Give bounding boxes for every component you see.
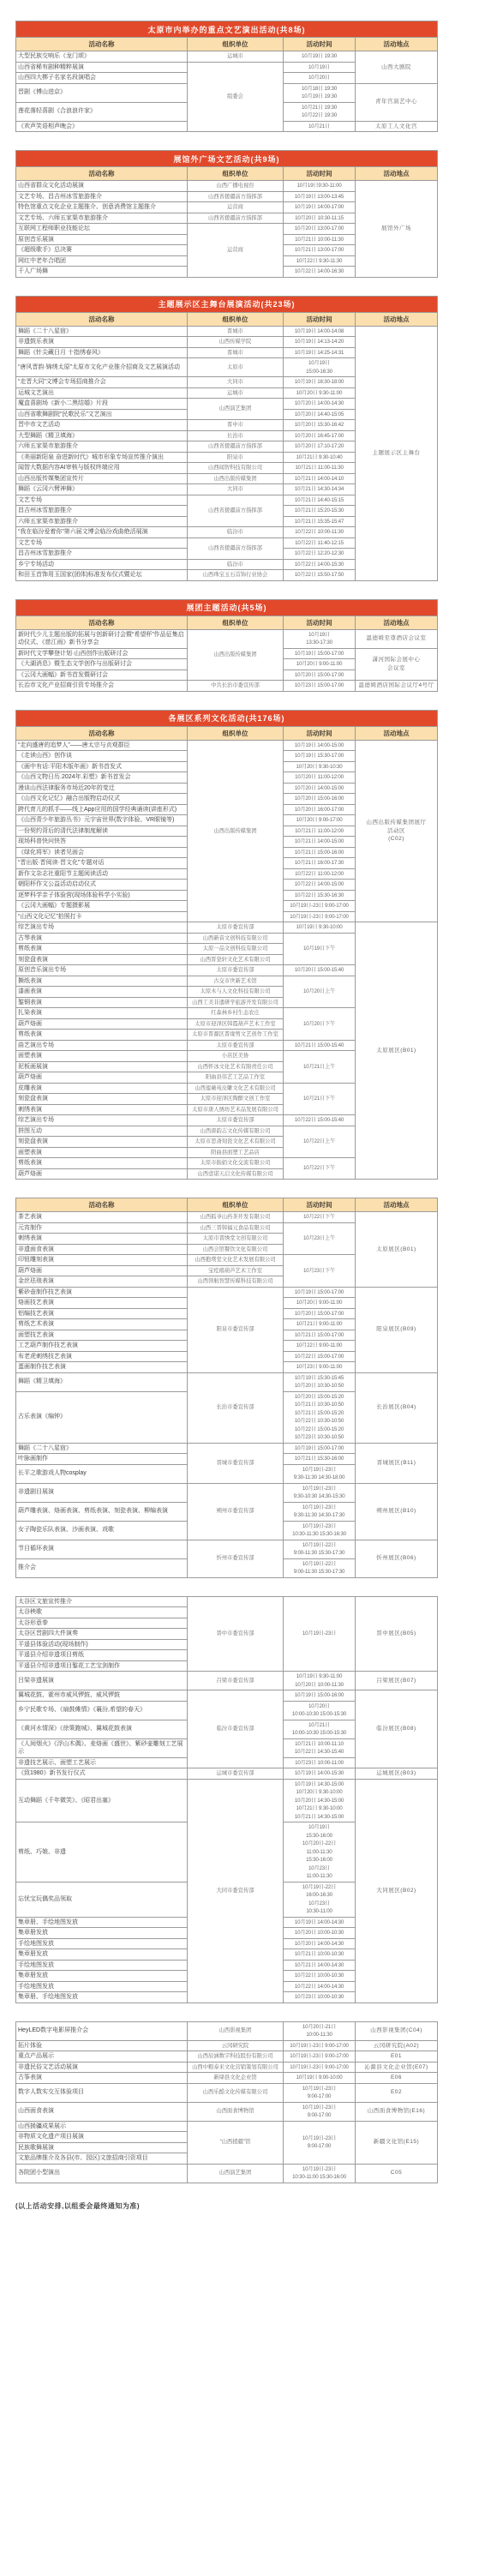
activity-time-cell: 10月22日下午	[284, 1212, 356, 1223]
activity-location-cell: 太原工人文化宫	[356, 121, 438, 132]
activity-time-cell: 10月19日-22日9:00-11:30 15:30-17:30	[284, 1540, 356, 1558]
org-unit-cell: 云冈研究院	[188, 2040, 284, 2051]
activity-name-cell: 一份契约背后的清代法律制度解读	[16, 826, 188, 837]
activity-name-cell: 《绿化将军》读者见面会	[16, 847, 188, 858]
activity-location-cell: 山西出版传媒集团展厅活动区(C02)	[356, 740, 438, 922]
org-unit-cell: 宝疙瘩葫芦艺术工作室	[188, 1265, 284, 1276]
activity-name-cell: 互联网工程师职业技能论坛	[16, 224, 188, 235]
activity-time-cell: 10月22日 14:00-14:30	[284, 1981, 356, 1992]
org-unit-cell: 山西中粮泰来文化营销策划有限公司	[188, 2062, 284, 2073]
org-unit-cell: 山西工美非遗研学旅游开发有限公司	[188, 997, 284, 1008]
org-unit-cell: 运城市	[188, 387, 284, 399]
activity-name-cell: 刺绣表演	[16, 1234, 188, 1245]
org-unit-cell: 山西唐韵志文化传媒有限公司	[188, 1126, 284, 1137]
activity-name-cell: 舞蹈《针尖藏日月 十指绣春风》	[16, 347, 188, 358]
column-header-row: 活动名称组织单位活动时间活动地点	[16, 312, 438, 326]
org-unit-cell: 吕梁市委宣传部	[188, 1672, 284, 1690]
activity-time-cell: 10月19日-23日9:30-11:30 14:30-18:00	[284, 1464, 356, 1483]
activity-name-cell: 大型舞蹈《精卫填海》	[16, 430, 188, 441]
org-unit-cell: 运城市委宣传部	[188, 1768, 284, 1780]
activity-time-cell: 10月21日 14:00-15:00	[284, 837, 356, 848]
org-unit-cell: 山西莲薇苑皮雕文化艺术有限公司	[188, 1083, 284, 1094]
activity-time-cell: 10月20日-21日10:00-11:30	[284, 2021, 356, 2040]
activity-time-cell: 10月20日 16:45-17:00	[284, 430, 356, 441]
activity-location-cell: 太原展区(B01)	[356, 1212, 438, 1288]
activity-location-cell: 温德姆至尊酒店会议室	[356, 629, 438, 648]
activity-name-cell: 互动舞蹈《千年微笑》、《昭君出塞》	[16, 1779, 188, 1822]
activity-time-cell: 10月19日-23日 9:00-17:00	[284, 2051, 356, 2063]
activity-time-cell: 10月19日-23日9:00-17:00	[284, 2102, 356, 2121]
activity-time-cell: 10月19日下午	[284, 933, 356, 965]
org-unit-cell: 小店区美协	[188, 1051, 284, 1062]
org-unit-cell: 山西壹诺天启文化传媒有限公司	[188, 1168, 284, 1180]
activity-time-cell: 10月19日9:30-11:00	[284, 181, 356, 192]
activity-name-cell: 铝编技艺表演	[16, 1308, 188, 1319]
column-header: 活动时间	[284, 1198, 356, 1212]
activity-name-cell: 非遗面食表演	[16, 1244, 188, 1255]
activity-time-cell: 10月22日 14:00-16:30	[284, 267, 356, 278]
activity-time-cell: 10月20日 9:00-11:00	[284, 1298, 356, 1309]
activity-name-cell: 工艺葫芦制作技艺表演	[16, 1341, 188, 1352]
org-unit-cell: 朔州市委宣传部	[188, 1483, 284, 1540]
org-unit-cell: 组委会	[188, 62, 284, 132]
activity-time-cell: 10月19日15:00-16:30	[284, 358, 356, 377]
activity-name-cell: 太谷区晋剧四大件演奏	[16, 1629, 188, 1640]
table-row: 非遗民俗文艺活动展演山西中粮泰来文化营销策划有限公司10月19日-23日 9:0…	[16, 2062, 438, 2073]
activity-time-cell: 10月20日 15:00-15:2010月21日 10:30-10:5010月2…	[284, 1391, 356, 1443]
activity-time-cell: 10月21日 11:00-12:00	[284, 826, 356, 837]
activity-name-cell: 剪纸表演	[16, 1030, 188, 1041]
activity-time-cell: 10月20日 14:00-15:00	[284, 783, 356, 794]
activity-time-cell: 10月22日 15:50-17:50	[284, 570, 356, 581]
activity-name-cell: 文旅品牌推介及各县(市、园区)文旅招商引资项目	[16, 2153, 188, 2165]
activity-time-cell: 10月21日 19:3010月22日 19:30	[284, 102, 356, 121]
org-unit-cell: 红森林乡村生态农庄	[188, 1008, 284, 1019]
org-unit-cell: 山西闻智科技有限公司	[188, 463, 284, 474]
org-unit-cell: 山西珠宝玉石首饰行业协会	[188, 570, 284, 581]
activity-time-cell: 10月20日 10:00-10:30	[284, 1928, 356, 1939]
schedule-table-1: 太原市内举办的重点文艺演出活动(共8场)活动名称组织单位活动时间活动地点大型民族…	[15, 21, 438, 132]
activity-time-cell: 10月21日 14:00-14:30	[284, 1960, 356, 1971]
org-unit-cell: 山西影视集团	[188, 2021, 284, 2040]
org-unit-cell: 大同市	[188, 484, 284, 495]
org-unit-cell: 山西省援疆前方指挥部	[188, 537, 284, 559]
activity-time-cell: 10月19日15:30-16:0010月20日-22日11:00-11:3015…	[284, 1822, 356, 1882]
org-unit-cell: 古交市世新艺术馆	[188, 976, 284, 987]
activity-time-cell: 10月19日-23日9:30-11:30 14:30-17:30	[284, 1502, 356, 1521]
activity-time-cell: 10月20日 9:30-11:00	[284, 387, 356, 399]
table-row: 大型民族交响乐《龙门颂》运城市10月19日 19:30山西大剧院	[16, 51, 438, 63]
activity-name-cell: 葫芦烙画	[16, 1072, 188, 1084]
activity-name-cell: 山西援疆成果展示	[16, 2121, 188, 2132]
org-unit-cell: 阳泉市委宣传部	[188, 1287, 284, 1372]
org-unit-cell: 山西新音文创科技有限公司	[188, 933, 284, 944]
activity-name-cell: 山西省群众文化活动展演	[16, 181, 188, 192]
org-unit-cell: 山西演艺集团	[188, 2164, 284, 2183]
activity-time-cell: 10月20日上午	[284, 976, 356, 1008]
table-row: 新时代少儿主题出版的拓展与创新研讨会暨“希望杯”作品征集启动仪式、《慈江雨》新书…	[16, 629, 438, 648]
table-row: “走向盛唐的追梦人”——唐太宗与贞观群臣山西出版传媒集团10月19日 14:00…	[16, 740, 438, 751]
activity-name-cell: 综艺演出专场	[16, 922, 188, 934]
activity-name-cell: 乡宁专场活动	[16, 559, 188, 570]
activity-name-cell: “晋出版·晋阅读·晋文化”专题对话	[16, 858, 188, 869]
activity-name-cell: 乡宁民歌专场、《扇鼓傩情》《襄汾,希望的春天》	[16, 1701, 188, 1720]
activity-location-cell: 山西大剧院	[356, 51, 438, 84]
column-header-row: 活动名称组织单位活动时间活动地点	[16, 167, 438, 181]
activity-time-cell: 10月20日 15:00-15:40	[284, 965, 356, 976]
activity-name-cell: 文艺专场、六师五家渠市旅游推介	[16, 213, 188, 224]
activity-name-cell: 网红中老年合唱团	[16, 255, 188, 267]
activity-time-cell: 10月19日 9:30-10:00	[284, 922, 356, 934]
schedule-table-4: 展团主题活动(共5场)活动名称组织单位活动时间活动地点新时代少儿主题出版的拓展与…	[15, 599, 438, 692]
org-unit-cell: 大同市委宣传部	[188, 1779, 284, 2003]
activity-time-cell: 10月21日 13:00-17:00	[284, 245, 356, 256]
activity-time-cell: 10月19日 15:00-16:00	[284, 1690, 356, 1702]
column-header: 活动时间	[284, 615, 356, 629]
activity-name-cell: 女子陶瓷乐队表演、沙画表演、戏歌	[16, 1521, 188, 1540]
activity-name-cell: 古筝表演	[16, 2073, 188, 2084]
activity-time-cell: 10月21日 9:00-11:00	[284, 1319, 356, 1330]
activity-name-cell: 昌吉州冰雪旅游推介	[16, 506, 188, 517]
org-unit-cell: 山西传媒学院	[188, 337, 284, 348]
activity-time-cell: 10月21日 14:40-15:15	[284, 495, 356, 506]
activity-name-cell: 拼图互动	[16, 1126, 188, 1137]
activity-time-cell: 10月20日 13:00-17:00	[284, 224, 356, 235]
schedule-table-5: 各展区系列文化活动(共176场)活动名称组织单位活动时间活动地点“走向盛唐的追梦…	[15, 710, 438, 1180]
activity-name-cell: 太谷形意拳	[16, 1618, 188, 1629]
activity-time-cell: 10月19日-23日9:00-17:00	[284, 2083, 356, 2102]
schedule-table-2: 展馆外广场文艺活动(共9场)活动名称组织单位活动时间活动地点山西省群众文化活动展…	[15, 150, 438, 278]
org-unit-cell: 晋城市委宣传部	[188, 1443, 284, 1483]
activity-time-cell: 10月20日下午	[284, 1008, 356, 1041]
activity-name-cell: 《山西青少年旅游丛书》元宇宙世界(数字体验、VR眼镜等)	[16, 815, 188, 826]
activity-name-cell: 吕梁非遗展演	[16, 1672, 188, 1690]
activity-time-cell: 10月22日 9:00-11:00	[284, 1341, 356, 1352]
activity-name-cell: 现场科普快问快答	[16, 837, 188, 848]
activity-time-cell: 10月23日上午	[284, 1222, 356, 1255]
activity-name-cell: 剪纸艺术表演	[16, 1319, 188, 1330]
org-unit-cell: 临汾市	[188, 559, 284, 570]
activity-name-cell: 印钮雕刻表演	[16, 1255, 188, 1266]
org-unit-cell: 阳泉市	[188, 452, 284, 463]
table-title: 太原市内举办的重点文艺演出活动(共8场)	[16, 21, 438, 38]
activity-time-cell: 10月22日 11:00-12:00	[284, 868, 356, 880]
activity-name-cell: 各院团小型演出	[16, 2164, 188, 2183]
activity-name-cell: 《致1980》新书发行仪式	[16, 1768, 188, 1780]
table-row: 长治市文化产业招商引资专场推介会中共长治市委宣传部10月23日 15:00-17…	[16, 681, 438, 692]
org-unit-cell: 山西乐酷文化传媒有限公司	[188, 2083, 284, 2102]
activity-time-cell: 10月19日-22日16:00-16:3010月23日10:30-11:00	[284, 1882, 356, 1917]
activity-time-cell: 10月20日10:00-10:30 15:00-15:30	[284, 1701, 356, 1720]
org-unit-cell: “山西援疆”馆	[188, 2121, 284, 2164]
activity-time-cell: 10月23日下午	[284, 1255, 356, 1288]
table-row: 吕梁非遗展演吕梁市委宣传部10月19日 9:30-11:0010月20日 10:…	[16, 1672, 438, 1690]
activity-name-cell: 舞蹈《二十八星宿》	[16, 326, 188, 337]
activity-time-cell: 10月19日-23日	[284, 1596, 356, 1672]
activity-name-cell: 刺绣表演	[16, 1104, 188, 1115]
org-unit-cell: 山西省援疆前方指挥部	[188, 191, 284, 202]
table-row: 互动舞蹈《千年微笑》、《昭君出塞》大同市委宣传部10月19日 14:30-15:…	[16, 1779, 438, 1822]
activity-time-cell: 10月20日 14:00-14:30	[284, 1938, 356, 1949]
activity-time-cell: 10月22日 14:00-15:30	[284, 559, 356, 570]
column-header: 组织单位	[188, 1198, 284, 1212]
org-unit-cell: 山西省援疆前方指挥部	[188, 495, 284, 527]
activity-name-cell: 葫芦烙画	[16, 1168, 188, 1180]
column-header: 活动名称	[16, 1198, 188, 1212]
column-header-row: 活动名称组织单位活动时间活动地点	[16, 615, 438, 629]
table-row: 太谷区文旅宣传推介晋中市委宣传部10月19日-23日晋中展区(B05)	[16, 1596, 438, 1607]
activity-name-cell: 泥板画展演	[16, 1061, 188, 1072]
table-row: 综艺演出专场太原市委宣传部10月19日 9:30-10:00太原展区(B01)	[16, 922, 438, 934]
activity-name-cell: 刻瓷盘表演	[16, 1094, 188, 1105]
activity-name-cell: 太谷秧歌	[16, 1607, 188, 1618]
activity-time-cell: 10月19日 14:00-15:00	[284, 740, 356, 751]
activity-time-cell: 10月18日 19:3010月19日 19:30	[284, 83, 356, 102]
tables-root: 太原市内举办的重点文艺演出活动(共8场)活动名称组织单位活动时间活动地点大型民族…	[15, 21, 491, 2183]
org-unit-cell: 山西抱璞堂文化艺术发展有限公司	[188, 1255, 284, 1266]
activity-location-cell: C05	[356, 2164, 438, 2183]
activity-name-cell: 葫芦烙画	[16, 1265, 188, 1276]
activity-name-cell: 皮雕表演	[16, 1083, 188, 1094]
activity-location-cell: 潇河国际会展中心会议室	[356, 648, 438, 681]
column-header: 活动名称	[16, 38, 188, 51]
activity-name-cell: 太谷区文旅宣传推介	[16, 1596, 188, 1607]
activity-time-cell: 10月21日10:00-10:30 15:00-15:30	[284, 1720, 356, 1738]
activity-name-cell: 烙画技艺表演	[16, 1298, 188, 1309]
activity-time-cell: 10月20日 9:00-17:00	[284, 815, 356, 826]
activity-name-cell: 朝阳杯作文公益活动启动仪式	[16, 880, 188, 891]
activity-name-cell: 数字人数实交互体验项目	[16, 2083, 188, 2102]
org-unit-cell: 山西出版传媒集团	[188, 740, 284, 922]
activity-time-cell: 10月23日 10:00-11:00	[284, 1757, 356, 1768]
activity-name-cell: 《云冈大画幅》新书首发暨研讨会	[16, 670, 188, 681]
activity-time-cell: 10月22日 10:00-10:30	[284, 1971, 356, 1982]
activity-name-cell: 曲艺演出专场	[16, 1040, 188, 1051]
org-unit-cell: 山西狐爷山药茶开发有限公司	[188, 1212, 284, 1223]
org-unit-cell: 太原市委宣传部	[188, 1115, 284, 1126]
schedule-table-8: HeyLED数字电影屏推介会山西影视集团10月20日-21日10:00-11:3…	[15, 2021, 438, 2183]
activity-time-cell: 10月20日 10:30-11:15	[284, 213, 356, 224]
activity-name-cell: 《欢声笑语相声晚会》	[16, 121, 188, 132]
activity-location-cell: 云冈研究院(A02)	[356, 2040, 438, 2051]
org-unit-cell: 山西省援疆前方指挥部	[188, 213, 284, 224]
activity-time-cell: 10月21日 15:00-17:00	[284, 1330, 356, 1341]
activity-time-cell: 10月19日 14:00-17:00	[284, 202, 356, 213]
org-unit-cell: 晋中市	[188, 420, 284, 431]
org-unit-cell: 山西演艺集团	[188, 399, 284, 420]
activity-time-cell: 10月19日	[284, 62, 356, 73]
activity-name-cell: 文艺专场	[16, 495, 188, 506]
activity-name-cell: 跨代育儿的抓手——线上App应用的国学经典诵读(讲座形式)	[16, 804, 188, 815]
activity-name-cell: HeyLED数字电影屏推介会	[16, 2021, 188, 2040]
org-unit-cell: 运城市	[188, 51, 284, 63]
activity-name-cell: 特色馆重点文化企业主题推介、创意消费馆主题推介	[16, 202, 188, 213]
activity-time-cell: 10月20日	[284, 73, 356, 84]
activity-time-cell: 10月19日-23日9:30-10:30 14:30-15:30	[284, 1483, 356, 1502]
activity-time-cell: 10月21日 14:30-14:34	[284, 484, 356, 495]
column-header: 活动名称	[16, 167, 188, 181]
activity-name-cell: 茶艺表演	[16, 1212, 188, 1223]
activity-time-cell: 10月22日 11:40-12:15	[284, 537, 356, 549]
activity-time-cell: 10月19日 16:30-18:00	[284, 377, 356, 388]
table-row: 数字人数实交互体验项目山西乐酷文化传媒有限公司10月19日-23日9:00-17…	[16, 2083, 438, 2102]
column-header: 活动地点	[356, 615, 438, 629]
activity-name-cell: 千人广场舞	[16, 267, 188, 278]
activity-location-cell: 吕梁展区(B07)	[356, 1672, 438, 1690]
activity-time-cell: 10月19日 9:00-10:00	[284, 2073, 356, 2084]
activity-name-cell: 和田玉首饰用玉国家(团体)标准发布仪式暨论坛	[16, 570, 188, 581]
activity-name-cell: 古琴表演	[16, 933, 188, 944]
activity-name-cell: 翼城花鼓、霍州市威风锣鼓、威风锣鼓	[16, 1690, 188, 1702]
column-header: 组织单位	[188, 615, 284, 629]
activity-time-cell: 10月19日 15:00-17:00	[284, 648, 356, 659]
activity-location-cell: 朔州展区(B10)	[356, 1483, 438, 1540]
activity-name-cell: 忘忧宝玩偶奖品领取	[16, 1882, 188, 1917]
column-header: 组织单位	[188, 38, 284, 51]
activity-name-cell: 漆画表演	[16, 987, 188, 998]
column-header-row: 活动名称组织单位活动时间活动地点	[16, 38, 438, 51]
activity-time-cell: 10月22日 15:30-16:30	[284, 890, 356, 901]
org-unit-cell: 晋城市	[188, 347, 284, 358]
activity-name-cell: 非物质文化遗产项目展演	[16, 2132, 188, 2143]
org-unit-cell: 太原市委宣传部	[188, 965, 284, 976]
table-row: 山西省群众文化活动展演山西广播电视台10月19日9:30-11:00展馆外广场	[16, 181, 438, 192]
schedule-table-6: 活动名称组织单位活动时间活动地点茶艺表演山西狐爷山药茶开发有限公司10月22日下…	[15, 1198, 438, 1578]
org-unit-cell: 临汾市委宣传部	[188, 1690, 284, 1768]
activity-time-cell: 10月19日-23日10:30-11:30 15:30-16:30	[284, 1521, 356, 1540]
activity-location-cell: 运城展区(B03)	[356, 1768, 438, 1780]
org-unit-cell: 晋中市委宣传部	[188, 1596, 284, 1672]
activity-name-cell: 撕纸表演	[16, 976, 188, 987]
table-row: 《致1980》新书发行仪式运城市委宣传部10月19日 14:00-15:30运城…	[16, 1768, 438, 1780]
activity-name-cell: 金丝珐琅表演	[16, 1276, 188, 1288]
activity-name-cell: 山西面食表演	[16, 2102, 188, 2121]
activity-name-cell: 元宵制作	[16, 1222, 188, 1234]
activity-time-cell: 10月19日 14:13-14:20	[284, 337, 356, 348]
activity-location-cell: 展馆外广场	[356, 181, 438, 278]
org-unit-cell: 山西领航智慧传媒科技有限公司	[188, 1276, 284, 1288]
activity-name-cell: 非遗民俗文艺活动展演	[16, 2062, 188, 2073]
table-row: 舞蹈《二十八星宿》晋城市10月19日 14:00-14:08主题展示区主舞台	[16, 326, 438, 337]
activity-time-cell: 10月19日-23日10:30-11:00 15:30-16:00	[284, 2164, 356, 2183]
column-header: 活动时间	[284, 38, 356, 51]
activity-name-cell: “山西文化记忆”拍照打卡	[16, 911, 188, 922]
activity-name-cell: 剪纸、巧娘、非遗	[16, 1822, 188, 1882]
activity-name-cell: 拓片体验	[16, 2040, 188, 2051]
org-unit-cell: 大同市	[188, 377, 284, 388]
activity-name-cell: “走晋大同”文博会专场招商推介会	[16, 377, 188, 388]
activity-name-cell: 逐梦科学亲子体验营(现场体验科学小实验)	[16, 890, 188, 901]
activity-location-cell: E06	[356, 2073, 438, 2084]
activity-time-cell: 10月23日 15:00-17:00	[284, 681, 356, 692]
activity-name-cell: 新时代文学攀登计划·山西创作出版研讨会	[16, 648, 188, 659]
activity-time-cell: 10月21日 16:00-17:30	[284, 858, 356, 869]
activity-time-cell: 10月19日 14:30-15:0010月20日 9:30-10:0010月20…	[284, 1779, 356, 1822]
activity-name-cell: 《美丽新阳泉 奋进新时代》城市形象专场宣传推介演出	[16, 452, 188, 463]
activity-name-cell: 面塑技艺表演	[16, 1330, 188, 1341]
activity-name-cell: 莲花落轻喜剧《合浪浪许家》	[16, 102, 188, 121]
activity-name-cell: 综艺演出专场	[16, 1115, 188, 1126]
activity-name-cell: 山西四大梆子名家名段演唱会	[16, 73, 188, 84]
activity-location-cell: 太原展区(B01)	[356, 922, 438, 1180]
schedule-table-3: 主题展示区主舞台展演活动(共23场)活动名称组织单位活动时间活动地点舞蹈《二十八…	[15, 296, 438, 581]
activity-location-cell: 山西影视集团(C04)	[356, 2021, 438, 2040]
activity-name-cell: 叶脉画制作	[16, 1454, 188, 1465]
table-row: 重点产品展示山西辰涵数字科技股份有限公司10月19日-23日 9:00-17:0…	[16, 2051, 438, 2063]
activity-name-cell: 紫砂壶制作技艺表演	[16, 1287, 188, 1298]
activity-name-cell: 平遥县介绍非遗项目錾花工艺宝剑制作	[16, 1660, 188, 1672]
org-unit-cell: 山西会馆餐饮文化有限公司	[188, 1244, 284, 1255]
activity-location-cell: 温德姆酒店国际会议厅4号厅	[356, 681, 438, 692]
activity-name-cell: 葫芦雕表演、烙画表演、剪纸表演、刻瓷表演、柳编表演	[16, 1502, 188, 1521]
activity-name-cell: 《山西文化记忆》融合出版物启动仪式	[16, 794, 188, 805]
activity-name-cell: 新作文杂志社重阳节主题阅读活动	[16, 868, 188, 880]
activity-name-cell: 手绘地图发放	[16, 1960, 188, 1971]
activity-time-cell: 10月22日 15:00-17:00	[284, 1351, 356, 1362]
activity-time-cell: 10月20日 11:00-12:00	[284, 772, 356, 784]
org-unit-cell: 太原木与人文化科技有限公司	[188, 987, 284, 998]
org-unit-cell: 山西出版传媒集团	[188, 629, 284, 681]
activity-time-cell: 10月20日 14:40-15:05	[284, 409, 356, 420]
table-row: 古筝表演新绛县文化企业馆10月19日 9:00-10:00E06	[16, 2073, 438, 2084]
activity-time-cell: 10月20日 9:00-11:00	[284, 659, 356, 670]
activity-name-cell: 闻智大数据内容AI审核与版权终端应用	[16, 463, 188, 474]
activity-name-cell: 昌吉州冰雪旅游推介	[16, 549, 188, 560]
activity-time-cell: 10月20日 17:10-17:20	[284, 441, 356, 453]
column-header: 活动地点	[356, 312, 438, 326]
activity-name-cell: 推介会	[16, 1558, 188, 1577]
activity-name-cell: “走向盛唐的追梦人”——唐太宗与贞观群臣	[16, 740, 188, 751]
table-row: 翼城花鼓、霍州市威风锣鼓、威风锣鼓临汾市委宣传部10月19日 15:00-16:…	[16, 1690, 438, 1702]
column-header: 活动地点	[356, 726, 438, 740]
activity-time-cell: 10月23日 10:00-10:30	[284, 1992, 356, 2003]
activity-time-cell: 10月19日 14:00-14:30	[284, 1917, 356, 1928]
activity-name-cell: 晋剧《傅山进京》	[16, 83, 188, 102]
org-unit-cell: 长治市委宣传部	[188, 1372, 284, 1443]
table-row: 非遗剧目展演朔州市委宣传部10月19日-23日9:30-10:30 14:30-…	[16, 1483, 438, 1502]
activity-time-cell: 10月22日上午	[284, 1126, 356, 1158]
activity-name-cell: 非遗技艺展示、面塑工艺展示	[16, 1757, 188, 1768]
org-unit-cell: 山西怀冰文化艺术有限责任公司	[188, 1061, 284, 1072]
activity-name-cell: 《人间烟火》《浮山木偶》、麦烙画《盛世》、紫砂壶雕刻工艺展示	[16, 1738, 188, 1757]
activity-location-cell: 沁源县文化企业馆(E07)	[356, 2062, 438, 2073]
activity-name-cell: 集章册、手绘地图发放	[16, 1992, 188, 2003]
activity-time-cell: 10月19日 14:00-15:30	[284, 1768, 356, 1780]
activity-time-cell: 10月21日	[284, 121, 356, 132]
activity-name-cell: 舞蹈《二十八星宿》	[16, 1443, 188, 1454]
org-unit-cell: 太原市迎泽区韩霞葫芦艺术工作室	[188, 1018, 284, 1030]
activity-time-cell: 10月20日 14:00-14:30	[284, 399, 356, 410]
column-header: 活动时间	[284, 167, 356, 181]
activity-name-cell: 《画中有话:平阳木版年画》新书首发式	[16, 761, 188, 772]
activity-location-cell: 忻州展区(B06)	[356, 1540, 438, 1577]
activity-time-cell: 10月19日 19:30	[284, 51, 356, 63]
activity-time-cell: 10月19日 15:30-17:00	[284, 751, 356, 762]
org-unit-cell: 太原市思斋刻瓷文化艺术有限公司	[188, 1137, 284, 1148]
activity-time-cell: 10月20日 9:30-10:30	[284, 761, 356, 772]
activity-time-cell: 10月19日 15:00-17:00	[284, 1443, 356, 1454]
activity-name-cell: 平遥县体验活动(现场制作)	[16, 1639, 188, 1650]
activity-name-cell: 扎染表演	[16, 1008, 188, 1019]
activity-time-cell: 10月21日 10:00-10:30	[284, 1949, 356, 1961]
org-unit-cell: 中共长治市委宣传部	[188, 681, 284, 692]
activity-name-cell: 葫芦烙画	[16, 1018, 188, 1030]
org-unit-cell: 忻州市委宣传部	[188, 1540, 284, 1577]
org-unit-cell: 山西省援疆前方指挥部	[188, 441, 284, 453]
activity-time-cell: 10月19日-23日 9:00-17:00	[284, 2062, 356, 2073]
activity-time-cell: 10月21日 15:30-16:00	[284, 1454, 356, 1465]
activity-name-cell: 集章册发放	[16, 1928, 188, 1939]
